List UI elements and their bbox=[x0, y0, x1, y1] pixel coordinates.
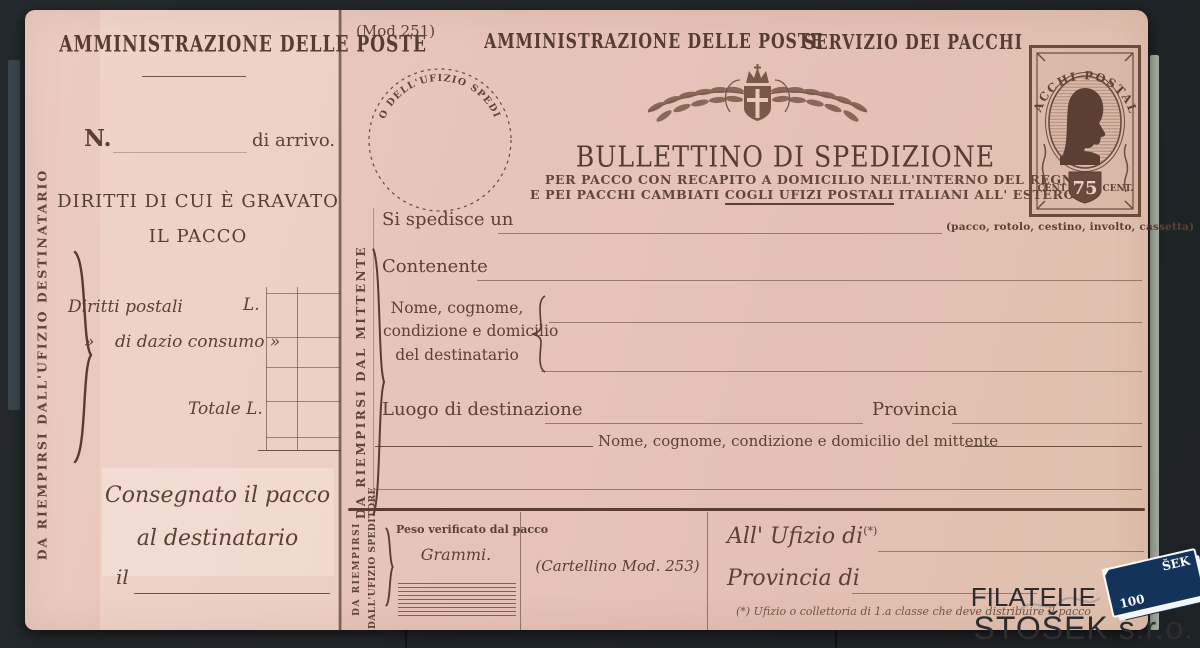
stub-brace bbox=[70, 250, 96, 465]
office-vertical-note-line1: DA RIEMPIRSI bbox=[352, 509, 362, 629]
money-table-bottom-line bbox=[258, 450, 340, 451]
money-table-line bbox=[266, 401, 340, 402]
right-edge-sliver bbox=[1150, 55, 1159, 630]
addressee-line1 bbox=[549, 322, 1142, 323]
weight-entry-hatch-block bbox=[398, 583, 516, 617]
date-line bbox=[134, 593, 330, 594]
sender-strip-brace bbox=[370, 246, 386, 518]
sender-line-left bbox=[375, 446, 593, 447]
photo-scene: AMMINISTRAZIONE DELLE POSTE N. di arrivo… bbox=[0, 0, 1200, 648]
money-table-line bbox=[266, 293, 340, 294]
office-label: All' Ufizio di(*) bbox=[727, 524, 877, 549]
background-seam bbox=[405, 628, 407, 648]
arrival-number-line bbox=[113, 152, 247, 153]
addressee-brace bbox=[531, 294, 547, 374]
form-title: BULLETTINO DI SPEDIZIONE bbox=[576, 142, 945, 175]
money-table-line bbox=[266, 367, 340, 368]
charges-title-line2: IL PACCO bbox=[52, 227, 344, 248]
money-table-line bbox=[266, 337, 340, 338]
ship-label: Si spedisce un bbox=[382, 210, 513, 231]
subtitle-pre: E PEI PACCHI CAMBIATI bbox=[530, 187, 725, 202]
postage-stamp: PACCHI POSTALI 75 CENT CENT. bbox=[1028, 44, 1142, 218]
stamp-icon-top-label: ŠEK bbox=[1161, 554, 1192, 574]
office-strip-brace bbox=[384, 527, 394, 607]
cartellino-label: (Cartellino Mod. 253) bbox=[535, 558, 700, 575]
consumption-duty-label: di dazio consumo » bbox=[115, 333, 280, 353]
ship-hint: (pacco, rotolo, cestino, involto, casset… bbox=[946, 221, 1194, 233]
destination-label: Luogo di destinazione bbox=[382, 400, 583, 421]
bollo-circle: BOLLO DELL'UFIZIO SPEDITORE bbox=[364, 62, 516, 214]
lire-label: L. bbox=[243, 296, 260, 316]
delivered-line1: Consegnato il pacco bbox=[95, 483, 340, 508]
province-label: Provincia bbox=[872, 400, 958, 421]
ship-line bbox=[498, 233, 942, 234]
stamp-icon-bottom-label: 100 bbox=[1118, 592, 1146, 611]
contents-label: Contenente bbox=[382, 257, 488, 278]
province-of-label: Provincia di bbox=[727, 566, 860, 591]
province-line bbox=[952, 423, 1142, 424]
contents-line bbox=[477, 280, 1142, 281]
addressee-label-line3: del destinatario bbox=[383, 347, 531, 365]
charges-title-line1: DIRITTI DI CUI È GRAVATO bbox=[52, 192, 344, 213]
addressee-line2 bbox=[541, 371, 1142, 372]
office-label-text: All' Ufizio di bbox=[727, 524, 863, 549]
office-vertical-note-line2: DALL'UFIZIO SPEDITORE bbox=[368, 509, 378, 629]
form-subtitle-line2: E PEI PACCHI CAMBIATI COGLI UFIZI POSTAL… bbox=[530, 188, 990, 202]
svg-text:BOLLO DELL'UFIZIO SPEDITORE: BOLLO DELL'UFIZIO SPEDITORE bbox=[364, 62, 502, 121]
money-table-line bbox=[266, 287, 267, 450]
bottom-divider-2 bbox=[707, 512, 708, 630]
subtitle-underlined: COGLI UFIZI POSTALI bbox=[725, 187, 894, 205]
form-subtitle-line1: PER PACCO CON RECAPITO A DOMICILIO NELL'… bbox=[545, 173, 975, 187]
sender-vertical-note: DA RIEMPIRSI DAL MITTENTE bbox=[354, 232, 368, 532]
money-table-line bbox=[297, 287, 298, 450]
svg-text:CENT: CENT bbox=[1038, 184, 1067, 194]
total-label: Totale L. bbox=[188, 400, 263, 420]
date-label: il bbox=[116, 566, 129, 589]
background-seam bbox=[835, 628, 837, 648]
addressee-label-line2: condizione e domicilio bbox=[383, 323, 531, 341]
arrival-number-label: N. bbox=[84, 126, 112, 152]
svg-text:CENT.: CENT. bbox=[1103, 184, 1134, 194]
destination-line bbox=[545, 423, 863, 424]
watermark-line2: STOŠEK s.r.o. bbox=[926, 610, 1194, 647]
grams-label: Grammi. bbox=[396, 546, 516, 564]
model-number: (Mod 251) bbox=[356, 23, 435, 40]
office-line bbox=[878, 551, 1144, 552]
money-table-line bbox=[266, 437, 340, 438]
stub-header: AMMINISTRAZIONE DELLE POSTE bbox=[59, 33, 335, 58]
coat-of-arms bbox=[640, 50, 875, 150]
header-rule bbox=[142, 76, 246, 77]
stamp-icon-corner-fold bbox=[1102, 567, 1113, 578]
office-ref-mark: (*) bbox=[863, 525, 877, 538]
svg-text:75: 75 bbox=[1072, 178, 1097, 199]
weight-label: Peso verificato dal pacco bbox=[396, 524, 516, 537]
section-divider-rule bbox=[348, 508, 1145, 511]
left-edge-sliver bbox=[8, 60, 20, 410]
delivered-line2: al destinatario bbox=[95, 526, 340, 551]
sender-line-right bbox=[965, 446, 1142, 447]
stub-vertical-note: DA RIEMPIRSI DALL'UFIZIO DESTINATARIO bbox=[35, 165, 50, 565]
bottom-divider-1 bbox=[520, 512, 521, 630]
sender-label: Nome, cognome, condizione e domicilio de… bbox=[598, 433, 998, 450]
watermark-line1: FILATELIE bbox=[930, 582, 1096, 613]
arrival-label: di arrivo. bbox=[252, 131, 335, 152]
addressee-label-line1: Nome, cognome, bbox=[383, 300, 531, 318]
extra-ruled-line bbox=[375, 489, 1142, 490]
